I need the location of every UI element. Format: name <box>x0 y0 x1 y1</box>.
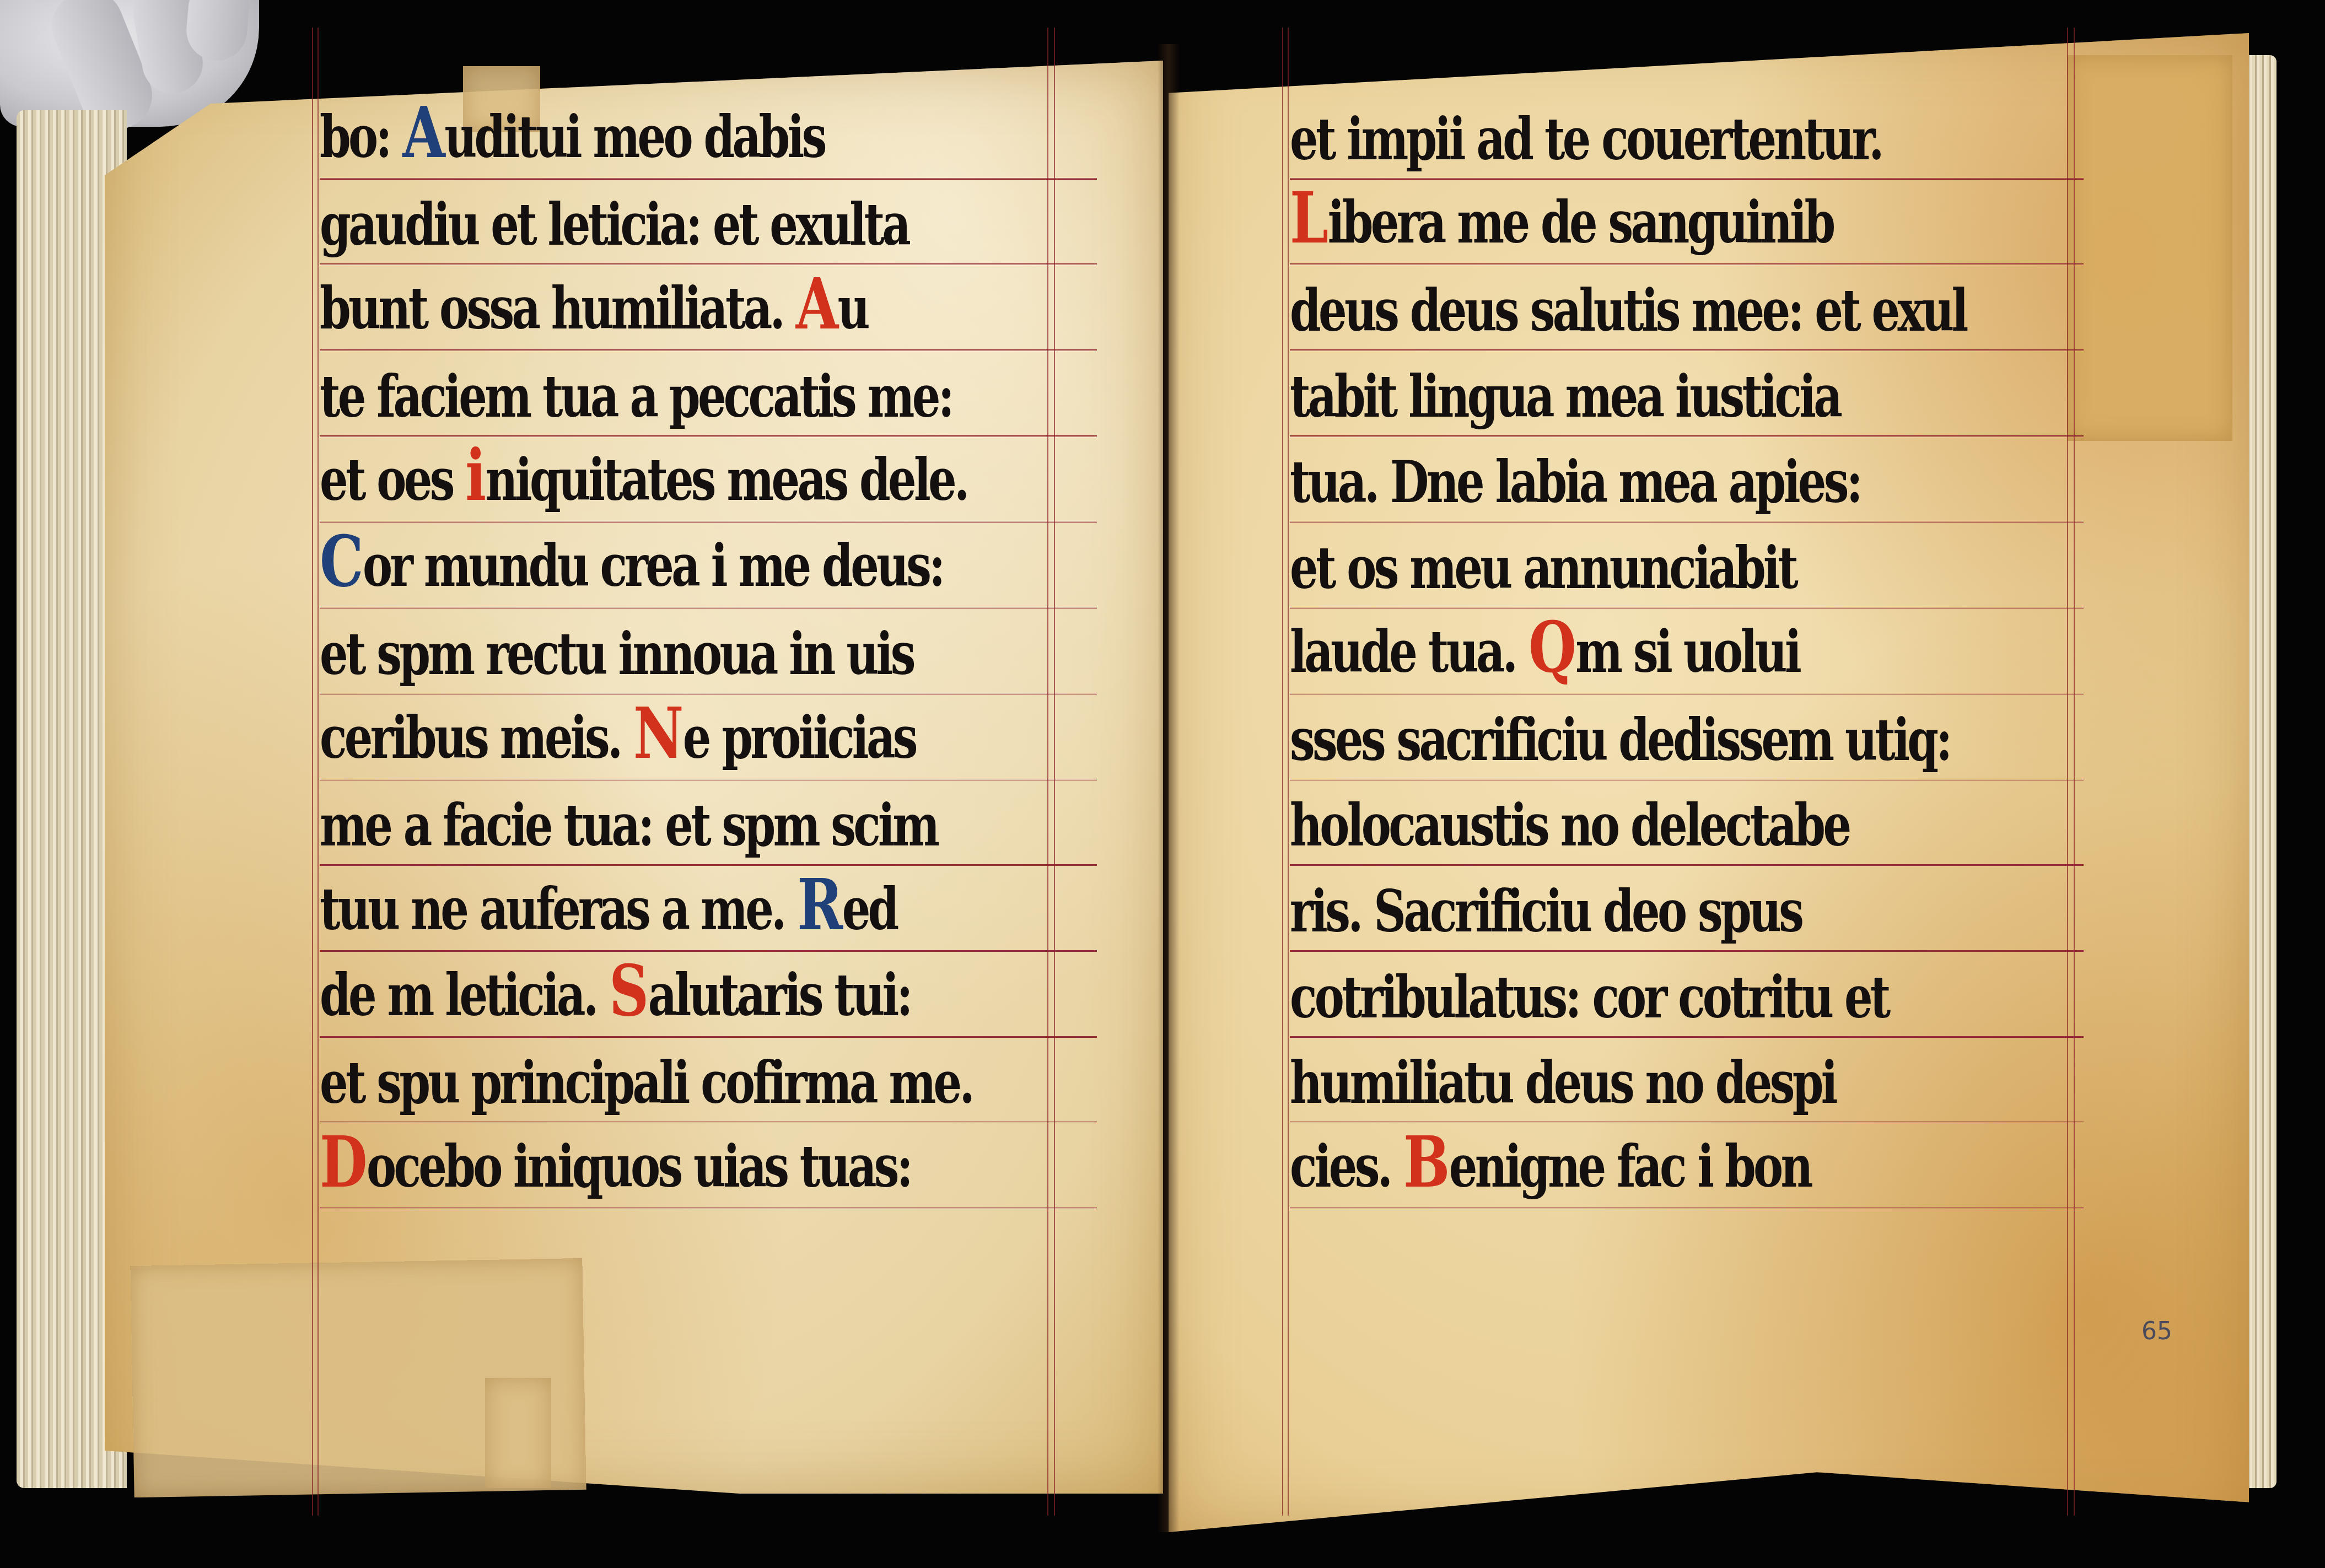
line-text: ceribus meis. Ne proiicias <box>320 698 916 769</box>
line-text: Cor mundu crea i me deus: <box>320 526 943 597</box>
line-text: tua. Dne labia mea apies: <box>1290 454 1860 511</box>
folio-number: 65 <box>2141 1317 2172 1345</box>
line-text: tabit lingua mea iusticia <box>1290 368 1840 425</box>
manuscript-line: laude tua. Qm si uolui <box>1290 608 2084 694</box>
line-text: et oes iniquitates meas dele. <box>320 440 967 511</box>
manuscript-line: et oes iniquitates meas dele. <box>320 437 1097 523</box>
manuscript-line: gaudiu et leticia: et exulta <box>320 180 1097 266</box>
line-text: de m leticia. Salutaris tui: <box>320 956 911 1026</box>
line-text: laude tua. Qm si uolui <box>1290 612 1799 683</box>
line-text: te faciem tua a peccatis me: <box>320 368 952 425</box>
manuscript-line: ris. Sacrificiu deo spus <box>1290 866 2084 952</box>
manuscript-line: et spm rectu innoua in uis <box>320 608 1097 694</box>
repair-patch <box>485 1378 551 1488</box>
line-text: humiliatu deus no despi <box>1290 1054 1836 1112</box>
rubricated-initial: A <box>402 91 443 174</box>
manuscript-line: tuu ne auferas a me. Red <box>320 866 1097 952</box>
manuscript-line: deus deus salutis mee: et exul <box>1290 265 2084 351</box>
line-text: et spu principali cofirma me. <box>320 1054 972 1112</box>
line-text: ris. Sacrificiu deo spus <box>1290 883 1801 940</box>
line-text: bunt ossa humiliata. Au <box>320 269 868 340</box>
rubricated-initial: S <box>609 950 646 1032</box>
book-spine-gutter <box>1158 44 1180 1532</box>
rubricated-initial: L <box>1290 177 1326 260</box>
line-text: et impii ad te couertentur. <box>1290 111 1882 168</box>
manuscript-line: tua. Dne labia mea apies: <box>1290 437 2084 523</box>
rubricated-initial: A <box>796 263 836 346</box>
manuscript-photo: bo: Auditui meo dabisgaudiu et leticia: … <box>0 0 2325 1568</box>
manuscript-line: tabit lingua mea iusticia <box>1290 351 2084 437</box>
manuscript-line: et os meu annunciabit <box>1290 522 2084 608</box>
manuscript-line: Libera me de sanguinib <box>1290 180 2084 266</box>
line-text: et os meu annunciabit <box>1290 540 1796 597</box>
right-text-block: et impii ad te couertentur.Libera me de … <box>1290 94 2084 1295</box>
manuscript-line: bo: Auditui meo dabis <box>320 94 1097 180</box>
line-text: cies. Benigne fac i bon <box>1290 1127 1811 1198</box>
left-text-block: bo: Auditui meo dabisgaudiu et leticia: … <box>320 94 1097 1295</box>
rubricated-initial: B <box>1403 1121 1447 1204</box>
line-text: Libera me de sanguinib <box>1290 183 1833 254</box>
line-text: cotribulatus: cor cotritu et <box>1290 969 1888 1026</box>
manuscript-line: holocaustis no delectabe <box>1290 780 2084 866</box>
manuscript-line: Cor mundu crea i me deus: <box>320 522 1097 608</box>
line-text: me a facie tua: et spm scim <box>320 797 937 854</box>
repair-patch <box>2067 55 2232 441</box>
manuscript-line: te faciem tua a peccatis me: <box>320 351 1097 437</box>
line-text: tuu ne auferas a me. Red <box>320 870 897 940</box>
rubricated-initial: N <box>633 692 681 775</box>
ruling-vertical <box>1288 28 1289 1516</box>
manuscript-line: et spu principali cofirma me. <box>320 1038 1097 1124</box>
manuscript-line: Docebo iniquos uias tuas: <box>320 1123 1097 1209</box>
rubricated-initial: R <box>797 864 840 946</box>
line-text: gaudiu et leticia: et exulta <box>320 196 908 254</box>
manuscript-line: de m leticia. Salutaris tui: <box>320 952 1097 1038</box>
rubricated-initial: Q <box>1529 606 1574 689</box>
manuscript-line: bunt ossa humiliata. Au <box>320 265 1097 351</box>
manuscript-line: ceribus meis. Ne proiicias <box>320 694 1097 780</box>
line-text: bo: Auditui meo dabis <box>320 98 825 168</box>
line-text: holocaustis no delectabe <box>1290 797 1849 854</box>
line-text: sses sacrificiu dedissem utiq: <box>1290 712 1950 769</box>
rubricated-initial: C <box>320 520 361 603</box>
manuscript-line: cies. Benigne fac i bon <box>1290 1123 2084 1209</box>
manuscript-line: cotribulatus: cor cotritu et <box>1290 952 2084 1038</box>
line-text: Docebo iniquos uias tuas: <box>320 1127 911 1198</box>
line-text: deus deus salutis mee: et exul <box>1290 282 1966 340</box>
manuscript-line: humiliatu deus no despi <box>1290 1038 2084 1124</box>
ruling-vertical <box>1282 28 1283 1516</box>
rubricated-initial: i <box>465 434 483 517</box>
line-text: et spm rectu innoua in uis <box>320 626 913 683</box>
manuscript-line: me a facie tua: et spm scim <box>320 780 1097 866</box>
ruling-vertical <box>312 28 313 1516</box>
manuscript-line: sses sacrificiu dedissem utiq: <box>1290 694 2084 780</box>
ruling-vertical <box>317 28 319 1516</box>
rubricated-initial: D <box>320 1121 365 1204</box>
manuscript-line: et impii ad te couertentur. <box>1290 94 2084 180</box>
